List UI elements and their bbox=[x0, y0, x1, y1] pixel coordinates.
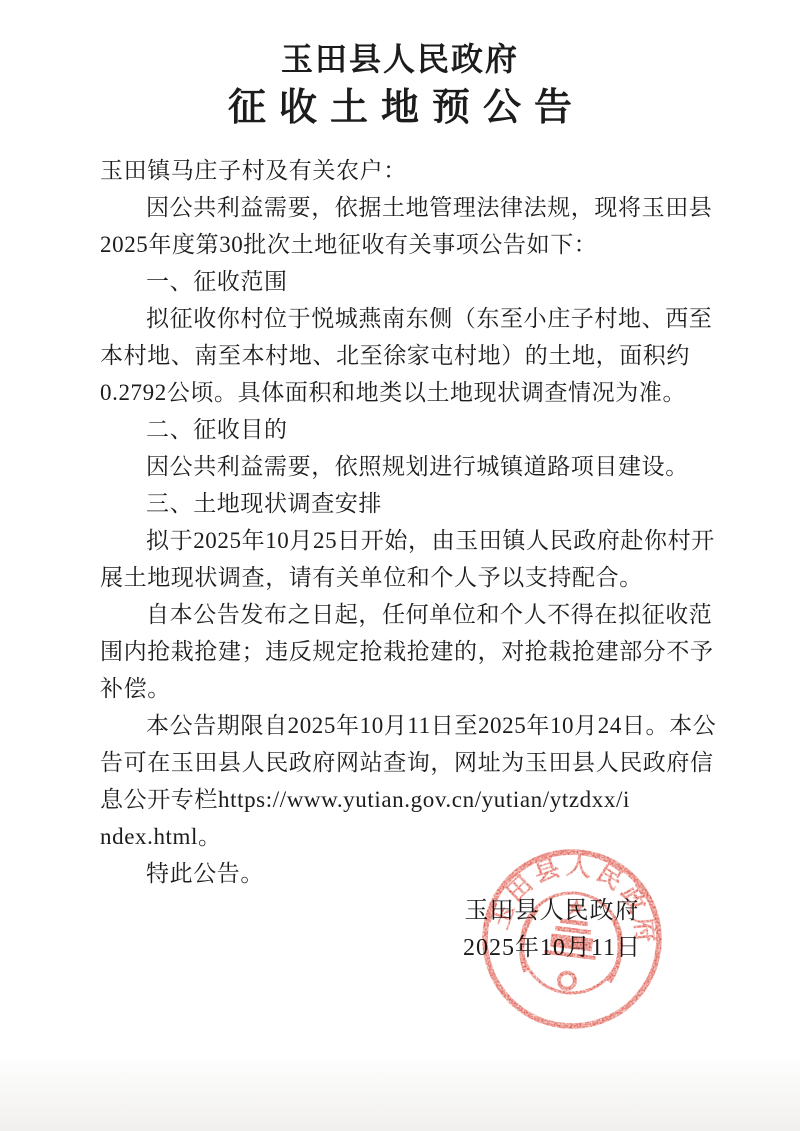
body-line: 三、土地现状调查安排 bbox=[100, 485, 718, 522]
body-line: 围内抢栽抢建；违反规定抢栽抢建的，对抢栽抢建部分不予 bbox=[100, 633, 718, 670]
signature-org: 玉田县人民政府 bbox=[402, 893, 702, 930]
body-line: 2025年度第30批次土地征收有关事项公告如下： bbox=[100, 226, 718, 263]
signature-date: 2025年10月11日 bbox=[402, 930, 702, 967]
body-line: 拟征收你村位于悦城燕南东侧（东至小庄子村地、西至 bbox=[100, 300, 718, 337]
body-line: 0.2792公顷。具体面积和地类以土地现状调查情况为准。 bbox=[100, 374, 718, 411]
body-line: 一、征收范围 bbox=[100, 263, 718, 300]
document-subtitle: 征收土地预公告 bbox=[0, 76, 800, 131]
body-line: 因公共利益需要，依照规划进行城镇道路项目建设。 bbox=[100, 448, 718, 485]
body-line: 因公共利益需要，依据土地管理法律法规，现将玉田县 bbox=[100, 189, 718, 226]
body-line: 拟于2025年10月25日开始，由玉田镇人民政府赴你村开 bbox=[100, 522, 718, 559]
body-line: 本公告期限自2025年10月11日至2025年10月24日。本公 bbox=[100, 707, 718, 744]
body-line: 自本公告发布之日起，任何单位和个人不得在拟征收范 bbox=[100, 596, 718, 633]
body-line: 玉田镇马庄子村及有关农户： bbox=[100, 152, 718, 189]
body-line: 展土地现状调查，请有关单位和个人予以支持配合。 bbox=[100, 559, 718, 596]
document-body: 玉田镇马庄子村及有关农户： 因公共利益需要，依据土地管理法律法规，现将玉田县 2… bbox=[100, 152, 718, 892]
document-title: 玉田县人民政府 bbox=[0, 34, 800, 80]
document-page: 玉田县人民政府 征收土地预公告 玉田镇马庄子村及有关农户： 因公共利益需要，依据… bbox=[0, 0, 800, 1131]
body-line: 补偿。 bbox=[100, 670, 718, 707]
body-line: 本村地、南至本村地、北至徐家屯村地）的土地，面积约 bbox=[100, 337, 718, 374]
body-line: 告可在玉田县人民政府网站查询，网址为玉田县人民政府信 bbox=[100, 744, 718, 781]
body-line: 息公开专栏https://www.yutian.gov.cn/yutian/yt… bbox=[100, 781, 718, 818]
body-line: 二、征收目的 bbox=[100, 411, 718, 448]
body-line: ndex.html。 bbox=[100, 818, 718, 855]
body-line: 特此公告。 bbox=[100, 855, 718, 892]
signature-block: 玉田县人民政府 2025年10月11日 bbox=[402, 893, 702, 967]
